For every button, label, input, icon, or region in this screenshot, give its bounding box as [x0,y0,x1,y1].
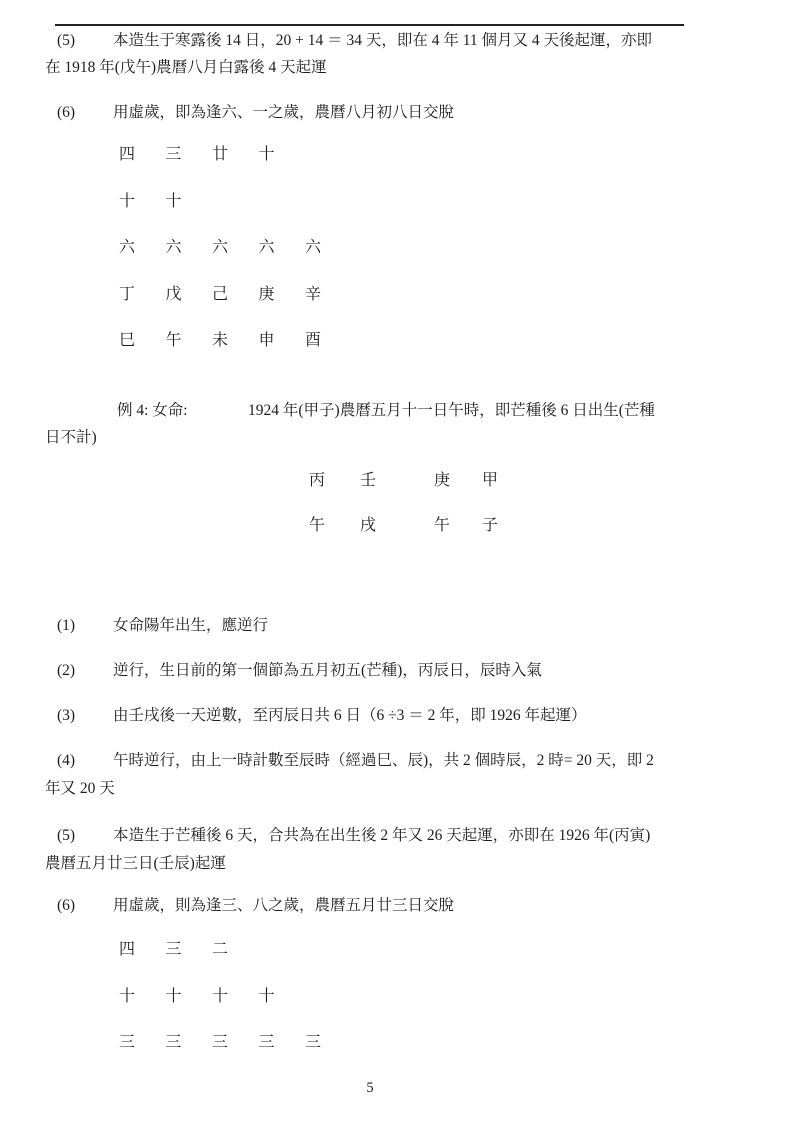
grid-cell: 十 [166,988,213,1005]
grid-row: 丁戊己庚辛 [119,286,352,333]
grid-row: 四三二 [119,941,352,988]
item-number: (6) [57,99,113,126]
grid-row: 十十 [119,193,352,240]
item-number: (3) [57,702,113,729]
grid-cell: 六 [166,239,213,256]
grid-cell: 巳 [119,332,166,349]
grid-cell: 六 [119,239,166,256]
top-horizontal-rule [55,24,684,26]
grid-cell: 廿 [212,146,259,163]
pillar-branch: 子 [482,517,498,534]
grid-cell: 十 [119,193,166,210]
pillar-branch: 戌 [360,517,376,534]
grid-row: 三三三三三 [119,1034,352,1081]
paragraph-ex4-header: 例 4: 女命:1924 年(甲子)農曆五月十一日午時，即芒種後 6 日出生(芒… [45,397,655,451]
pillar-stem: 甲 [482,472,498,489]
grid-cell: 三 [166,146,213,163]
item-text: 用虛歲，則為逢三、八之歲，農曆五月廿三日交脫 [113,897,454,914]
item-text: 本造生于寒露後 14 日，20 + 14 ＝ 34 天，即在 4 年 11 個月… [113,32,652,49]
grid-cell: 午 [166,332,213,349]
grid-cell: 三 [305,1034,352,1051]
grid-cell: 六 [212,239,259,256]
grid-row: 六六六六六 [119,239,352,286]
item-text: 本造生于芒種後 6 天，合共為在出生後 2 年又 26 天起運，亦即在 1926… [113,827,650,844]
grid-cell: 十 [166,193,213,210]
grid-cell: 四 [119,941,166,958]
grid-cell: 十 [212,988,259,1005]
item-text: 女命陽年出生，應逆行 [113,617,268,634]
item-number: (6) [57,892,113,919]
paragraph-ex4-item4: (4)午時逆行，由上一時計數至辰時（經過巳、辰)，共 2 個時辰，2 時= 20… [45,747,654,803]
pillar-branch: 午 [434,517,450,534]
paragraph-ex3-item6: (6)用虛歲，即為逢六、一之歲，農曆八月初八日交脫 [45,99,454,126]
grid-cell: 未 [212,332,259,349]
grid-row: 四三廿十 [119,146,352,193]
grid-cell: 六 [305,239,352,256]
ex3-luck-pillar-grid: 四三廿十 十十 六六六六六 丁戊己庚辛 巳午未申酉 [119,146,352,379]
paragraph-ex4-item1: (1)女命陽年出生，應逆行 [45,612,268,639]
paragraph-ex4-item3: (3)由壬戌後一天逆數，至丙辰日共 6 日（6 ÷3 ＝ 2 年，即 1926 … [45,702,587,729]
grid-cell: 酉 [305,332,352,349]
four-pillars-stems-row: 丙 壬 庚 甲 [0,472,789,490]
item-number: (4) [57,747,113,775]
paragraph-ex4-item5: (5)本造生于芒種後 6 天，合共為在出生後 2 年又 26 天起運，亦即在 1… [45,822,650,878]
grid-cell: 己 [212,286,259,303]
document-page: (5)本造生于寒露後 14 日，20 + 14 ＝ 34 天，即在 4 年 11… [0,0,789,1132]
item-text-continuation: 農曆五月廿三日(壬辰)起運 [45,850,650,878]
pillar-stem: 壬 [360,472,376,489]
pillar-stem: 丙 [309,472,325,489]
grid-cell: 戊 [166,286,213,303]
item-text-continuation: 年又 20 天 [45,775,654,803]
grid-cell: 三 [212,1034,259,1051]
paragraph-ex4-item6: (6)用虛歲，則為逢三、八之歲，農曆五月廿三日交脫 [45,892,454,919]
grid-cell: 二 [212,941,259,958]
example-label: 例 4: 女命: [117,397,248,424]
grid-cell: 丁 [119,286,166,303]
ex4-luck-pillar-grid: 四三二 十十十十 三三三三三 [119,941,352,1081]
item-number: (5) [57,822,113,850]
birth-info-continuation: 日不計) [45,424,655,451]
grid-cell: 三 [259,1034,306,1051]
grid-cell: 十 [119,988,166,1005]
grid-cell: 四 [119,146,166,163]
grid-cell: 辛 [305,286,352,303]
grid-cell: 三 [166,1034,213,1051]
item-number: (2) [57,657,113,684]
four-pillars-branches-row: 午 戌 午 子 [0,517,789,535]
item-text-continuation: 在 1918 年(戊午)農曆八月白露後 4 天起運 [45,54,652,81]
grid-cell: 十 [259,988,306,1005]
item-text: 逆行，生日前的第一個節為五月初五(芒種)，丙辰日，辰時入氣 [113,662,542,679]
grid-cell: 三 [166,941,213,958]
grid-row: 十十十十 [119,988,352,1035]
pillar-branch: 午 [309,517,325,534]
item-text: 用虛歲，即為逢六、一之歲，農曆八月初八日交脫 [113,104,454,121]
grid-cell: 三 [119,1034,166,1051]
grid-cell: 庚 [259,286,306,303]
item-number: (5) [57,27,113,54]
paragraph-ex4-item2: (2)逆行，生日前的第一個節為五月初五(芒種)，丙辰日，辰時入氣 [45,657,542,684]
grid-row: 巳午未申酉 [119,332,352,379]
item-text: 午時逆行，由上一時計數至辰時（經過巳、辰)，共 2 個時辰，2 時= 20 天，… [113,752,654,769]
paragraph-ex3-item5: (5)本造生于寒露後 14 日，20 + 14 ＝ 34 天，即在 4 年 11… [45,27,652,81]
grid-cell: 十 [259,146,306,163]
grid-cell: 申 [259,332,306,349]
page-number: 5 [0,1079,740,1097]
birth-info: 1924 年(甲子)農曆五月十一日午時，即芒種後 6 日出生(芒種 [248,402,655,419]
grid-cell: 六 [259,239,306,256]
item-text: 由壬戌後一天逆數，至丙辰日共 6 日（6 ÷3 ＝ 2 年，即 1926 年起運… [113,707,587,724]
pillar-stem: 庚 [434,472,450,489]
item-number: (1) [57,612,113,639]
